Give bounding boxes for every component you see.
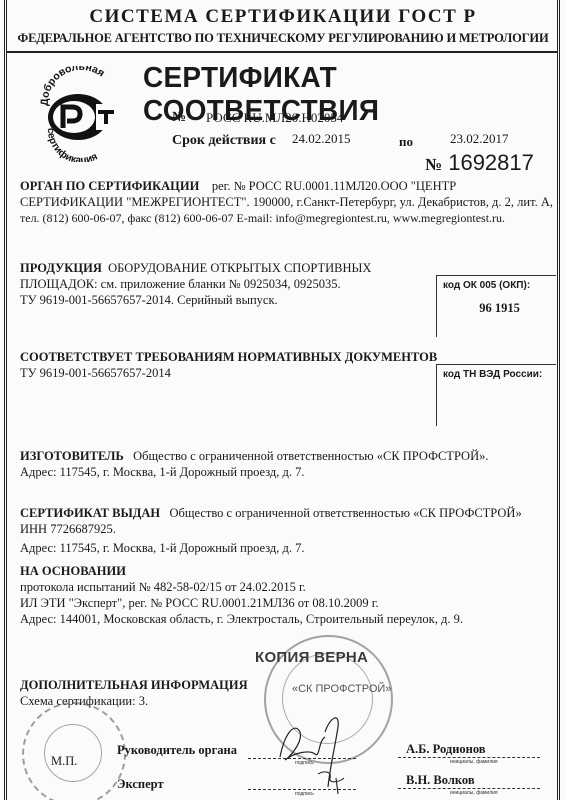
tnved-code-label: код ТН ВЭД России: [443, 369, 556, 380]
issued-to-inn: ИНН 7726687925. [20, 521, 522, 537]
product-line: ТУ 9619-001-56657657-2014. Серийный выпу… [20, 292, 371, 308]
okp-code-label: код ОК 005 (ОКП): [443, 280, 556, 291]
additional-info-label: ДОПОЛНИТЕЛЬНАЯ ИНФОРМАЦИЯ [20, 677, 248, 693]
header-divider [7, 51, 557, 53]
issued-to-section: СЕРТИФИКАТ ВЫДАН Общество с ограниченной… [20, 505, 522, 556]
conformity-label: СООТВЕТСТВУЕТ ТРЕБОВАНИЯМ НОРМАТИВНЫХ ДО… [20, 349, 437, 365]
stamp-company-name: «СК ПРОФСТРОЙ» [292, 683, 391, 695]
conformity-section: СООТВЕТСТВУЕТ ТРЕБОВАНИЯМ НОРМАТИВНЫХ ДО… [20, 349, 437, 381]
handwritten-signature-icon [270, 712, 370, 800]
certification-body-label: ОРГАН ПО СЕРТИФИКАЦИИ [20, 179, 199, 193]
certification-body-seal [22, 702, 126, 800]
issued-to-name: Общество с ограниченной ответственностью… [169, 506, 521, 520]
copy-certified-text: КОПИЯ ВЕРНА [255, 649, 368, 666]
issued-to-address: Адрес: 117545, г. Москва, 1-й Дорожный п… [20, 540, 522, 556]
validity-label: Срок действия с [172, 133, 276, 149]
system-title: СИСТЕМА СЕРТИФИКАЦИИ ГОСТ Р [0, 6, 566, 28]
product-line: ОБОРУДОВАНИЕ ОТКРЫТЫХ СПОРТИВНЫХ [108, 261, 371, 275]
name-caption: инициалы, фамилия [450, 790, 498, 796]
agency-title: ФЕДЕРАЛЬНОЕ АГЕНТСТВО ПО ТЕХНИЧЕСКОМУ РЕ… [0, 31, 566, 46]
issued-to-label: СЕРТИФИКАТ ВЫДАН [20, 506, 160, 520]
tnved-code-box: код ТН ВЭД России: [436, 364, 556, 426]
seal-label: М.П. [51, 754, 77, 769]
basis-section: НА ОСНОВАНИИ протокола испытаний № 482-5… [20, 563, 463, 627]
valid-to-label: по [399, 134, 413, 150]
manufacturer-section: ИЗГОТОВИТЕЛЬ Общество с ограниченной отв… [20, 448, 488, 480]
basis-line: протокола испытаний № 482-58-02/15 от 24… [20, 579, 463, 595]
product-label: ПРОДУКЦИЯ [20, 261, 102, 275]
certificate-number: РОСС RU.МЛ20.Н02054 [206, 110, 343, 126]
certification-body-line: тел. (812) 600-06-07, факс (812) 600-06-… [20, 210, 553, 226]
number-sign: № [172, 110, 186, 126]
basis-line: Адрес: 144001, Московская область, г. Эл… [20, 611, 463, 627]
certification-body-section: ОРГАН ПО СЕРТИФИКАЦИИ рег. № РОСС RU.000… [20, 178, 553, 226]
conformity-line: ТУ 9619-001-56657657-2014 [20, 365, 437, 381]
rst-logo-icon: Добровольная сертификация [38, 66, 122, 162]
manufacturer-address: Адрес: 117545, г. Москва, 1-й Дорожный п… [20, 464, 488, 480]
signatory-role: Эксперт [117, 777, 164, 792]
okp-code-value: 96 1915 [443, 301, 556, 316]
product-section: ПРОДУКЦИЯ ОБОРУДОВАНИЕ ОТКРЫТЫХ СПОРТИВН… [20, 260, 371, 308]
signatory-name: А.Б. Родионов [406, 742, 486, 757]
name-caption: инициалы, фамилия [450, 759, 498, 765]
basis-line: ИЛ ЭТИ "Эксперт", рег. № РОСС RU.0001.21… [20, 595, 463, 611]
manufacturer-label: ИЗГОТОВИТЕЛЬ [20, 449, 124, 463]
manufacturer-name: Общество с ограниченной ответственностью… [133, 449, 488, 463]
additional-info-section: ДОПОЛНИТЕЛЬНАЯ ИНФОРМАЦИЯ Схема сертифик… [20, 677, 248, 709]
signatory-name: В.Н. Волков [406, 773, 475, 788]
certification-body-line: рег. № РОСС RU.0001.11МЛ20.ООО "ЦЕНТР [212, 179, 456, 193]
blank-number-value: 1692817 [448, 150, 534, 175]
basis-label: НА ОСНОВАНИИ [20, 563, 463, 579]
okp-code-box: код ОК 005 (ОКП): 96 1915 [436, 275, 556, 337]
product-line: ПЛОЩАДОК: см. приложение бланки № 092503… [20, 276, 371, 292]
signatory-role: Руководитель органа [117, 743, 237, 758]
blank-number-sign: № [425, 155, 442, 174]
valid-from-date: 24.02.2015 [292, 131, 351, 147]
valid-to-date: 23.02.2017 [450, 131, 509, 147]
certification-body-line: СЕРТИФИКАЦИИ "МЕЖРЕГИОНТЕСТ". 190000, г.… [20, 194, 553, 210]
name-line [398, 788, 540, 789]
blank-number: № 1692817 [425, 150, 534, 176]
name-line [398, 757, 540, 758]
